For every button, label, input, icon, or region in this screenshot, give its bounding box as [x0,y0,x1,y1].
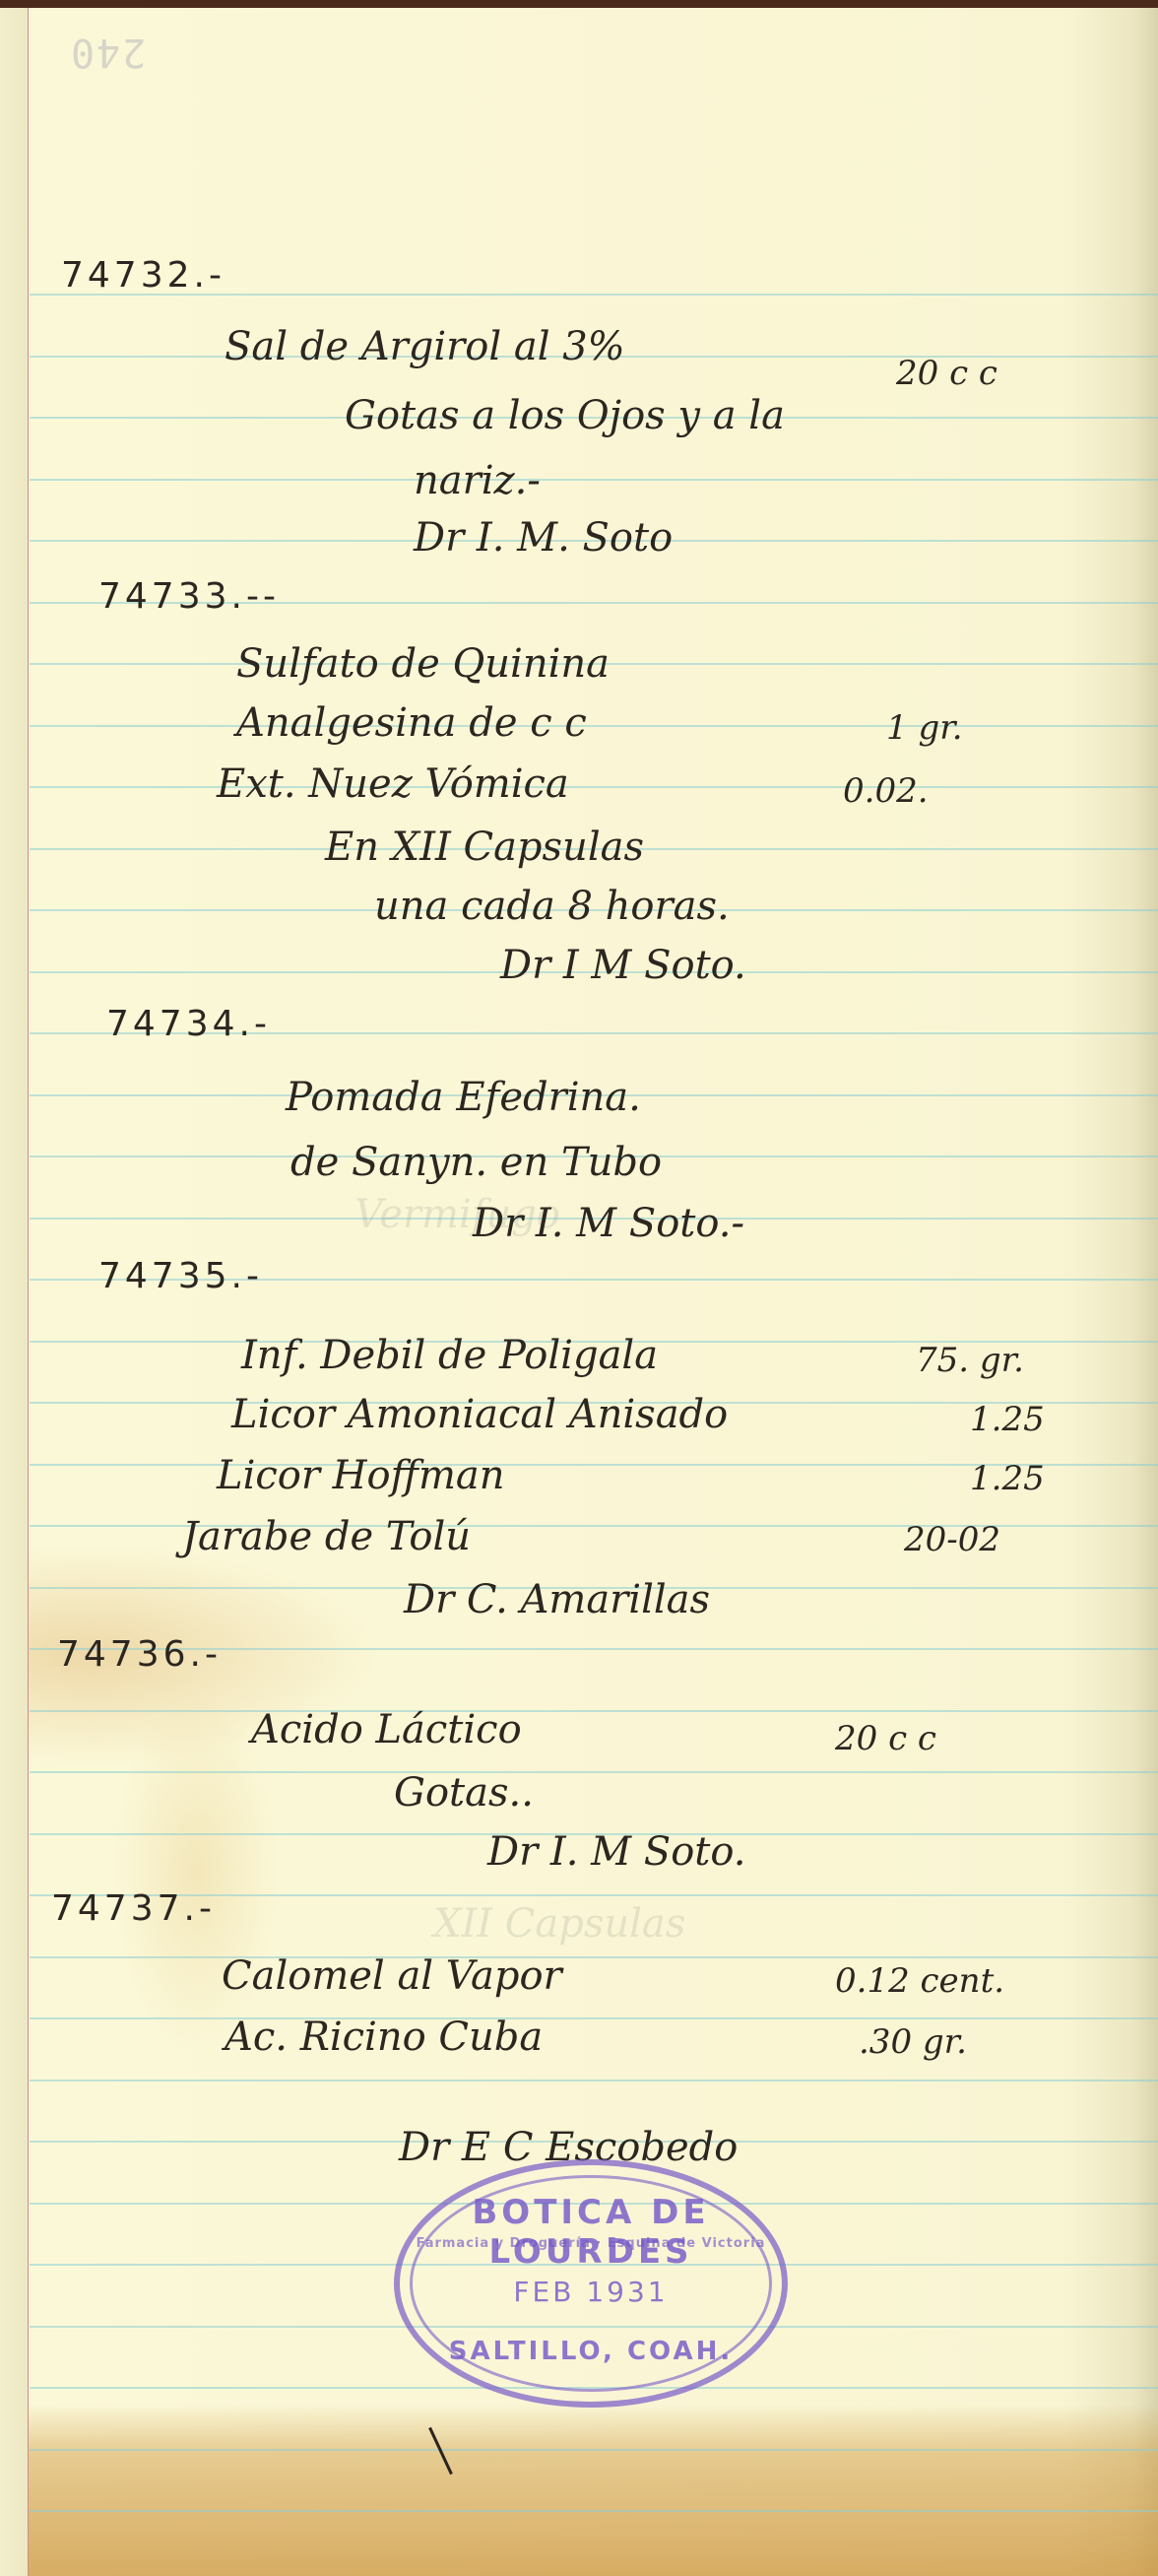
entry-quantity: 20-02 [904,1523,1000,1556]
doctor-signature: Dr I. M. Soto [414,518,673,558]
entry-line: Gotas.. [394,1773,534,1813]
entry-line: Jarabe de Tolú [182,1517,471,1556]
entry-number: 74737.- [51,1891,216,1927]
entry-line: Licor Hoffman [217,1456,505,1495]
doctor-signature: Dr C. Amarillas [404,1580,710,1619]
ruled-line [30,1710,1158,1712]
entry-line: de Sanyn. en Tubo [290,1143,662,1182]
entry-line: Acido Láctico [251,1710,522,1750]
doctor-signature: Dr I. M Soto.- [473,1204,744,1243]
entry-quantity: 75. gr. [916,1344,1024,1377]
previous-page-edge [0,8,29,2576]
ruled-line [30,725,1158,727]
entry-quantity: 20 c c [896,357,997,390]
entry-line: Ac. Ricino Cuba [225,2017,543,2057]
entry-number: 74736.- [57,1637,222,1673]
book-cover-edge [0,0,1158,8]
ruled-line [30,1771,1158,1773]
entry-line: Inf. Debil de Poligala [241,1336,658,1375]
entry-quantity: 1.25 [970,1462,1045,1495]
ruled-line [30,479,1158,481]
entry-line: Gotas a los Ojos y a la [345,396,785,435]
stamp-date: FEB 1931 [400,2276,782,2308]
entry-line: Pomada Efedrina. [286,1078,641,1117]
stamp-subtitle: Farmacia y Droguería · Esquina de Victor… [400,2236,782,2251]
ruled-line [30,2449,1158,2451]
entry-quantity: .30 gr. [859,2025,967,2059]
ruled-line [30,2017,1158,2019]
stamp-city: SALTILLO, COAH. [400,2337,782,2366]
entry-line: Calomel al Vapor [222,1956,562,1996]
entry-quantity: 1.25 [970,1403,1045,1436]
entry-number: 74734.- [106,1007,271,1042]
entry-quantity: 20 c c [835,1722,936,1755]
entry-line: Sulfato de Quinina [236,644,610,684]
entry-line: Sal de Argirol al 3% [225,327,625,366]
entry-quantity: 0.02. [843,774,929,808]
entry-line: una cada 8 horas. [374,887,730,926]
pharmacy-stamp: BOTICA DE LOURDES Farmacia y Droguería ·… [394,2159,788,2408]
entry-line: Analgesina de c c [236,703,587,743]
doctor-signature: Dr I M Soto. [500,946,746,985]
ruled-line [30,1956,1158,1958]
bleed-through-text: XII Capsulas [433,1901,685,1947]
entry-number: 74735.- [98,1259,263,1294]
ruled-line [30,786,1158,788]
margin-line [28,8,29,2576]
entry-line: En XII Capsulas [325,827,644,867]
entry-quantity: 1 gr. [886,711,963,745]
stamp-pharmacy-name: BOTICA DE LOURDES [400,2193,782,2272]
page-number-mirrored: 240 [69,30,146,75]
entry-number: 74733.-- [98,579,280,615]
entry-quantity: 0.12 cent. [835,1964,1004,1998]
entry-line: nariz.- [414,461,541,500]
entry-line: Ext. Nuez Vómica [217,764,569,804]
ruled-line [30,2510,1158,2512]
entry-line: Licor Amoniacal Anisado [231,1395,728,1434]
doctor-signature: Dr I. M Soto. [487,1832,745,1872]
entry-number: 74732.- [61,258,225,294]
ruled-line [30,2080,1158,2081]
